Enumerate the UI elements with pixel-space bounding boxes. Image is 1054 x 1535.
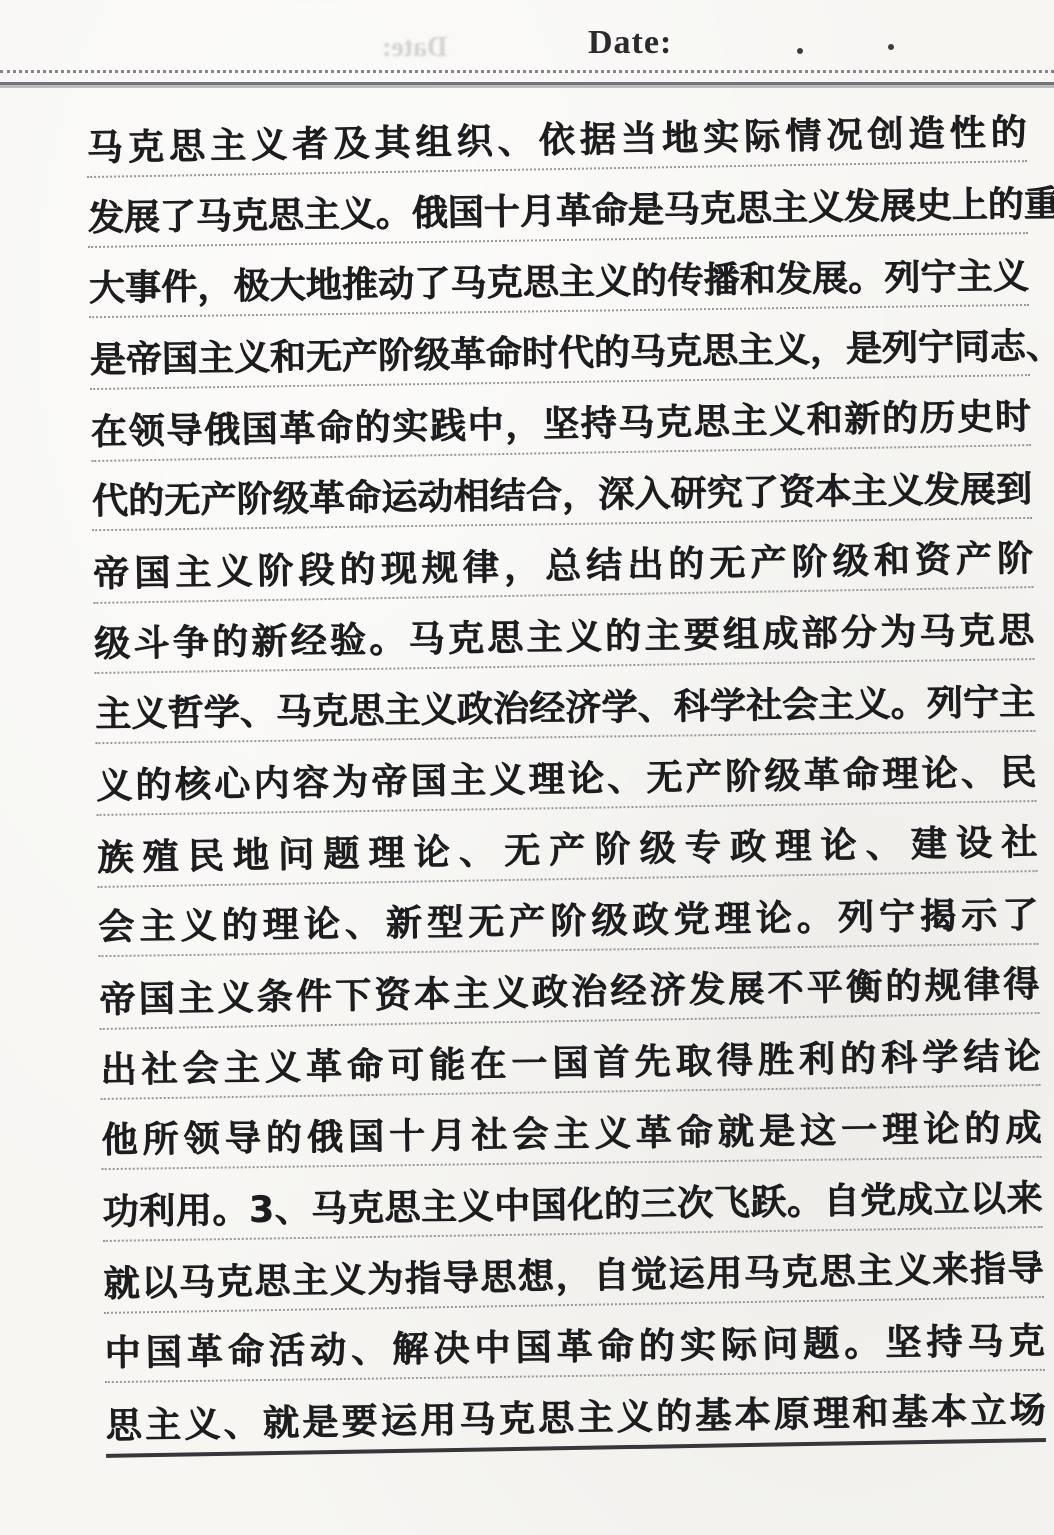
handwriting-line-final: 思主义、就是要运用马克思主义的基本原理和基本立场 xyxy=(105,1369,1046,1458)
date-label: Date: xyxy=(588,24,672,62)
handwriting-line: 出社会主义革命可能在一国首先取得胜利的科学结论 xyxy=(100,1015,1041,1100)
header-dotted-rule xyxy=(0,70,1054,73)
ink-dot xyxy=(797,48,803,54)
date-label-bleedthrough: Date: xyxy=(382,32,447,64)
handwriting-line: 级斗争的新经验。马克思主义的主要组成部分为马克思 xyxy=(93,589,1034,674)
notebook-page: Date: Date: 马克思主义者及其组织、依据当地实际情况创造性的 发展了马… xyxy=(0,0,1054,1535)
handwriting-line: 大事件，极大地推动了马克思主义的传播和发展。列宁主义 xyxy=(88,235,1029,318)
ink-dot xyxy=(888,44,894,50)
handwriting-block: 马克思主义者及其组织、依据当地实际情况创造性的 发展了马克思主义。俄国十月革命是… xyxy=(86,92,1046,1457)
handwriting-line: 主义哲学、马克思主义政治经济学、科学社会主义。列宁主 xyxy=(94,661,1035,744)
header-solid-rule xyxy=(0,82,1054,85)
handwriting-line: 他所领导的俄国十月社会主义革命就是这一理论的成 xyxy=(101,1087,1042,1170)
handwriting-line: 发展了马克思主义。俄国十月革命是马克思主义发展史上的重 xyxy=(87,163,1028,248)
